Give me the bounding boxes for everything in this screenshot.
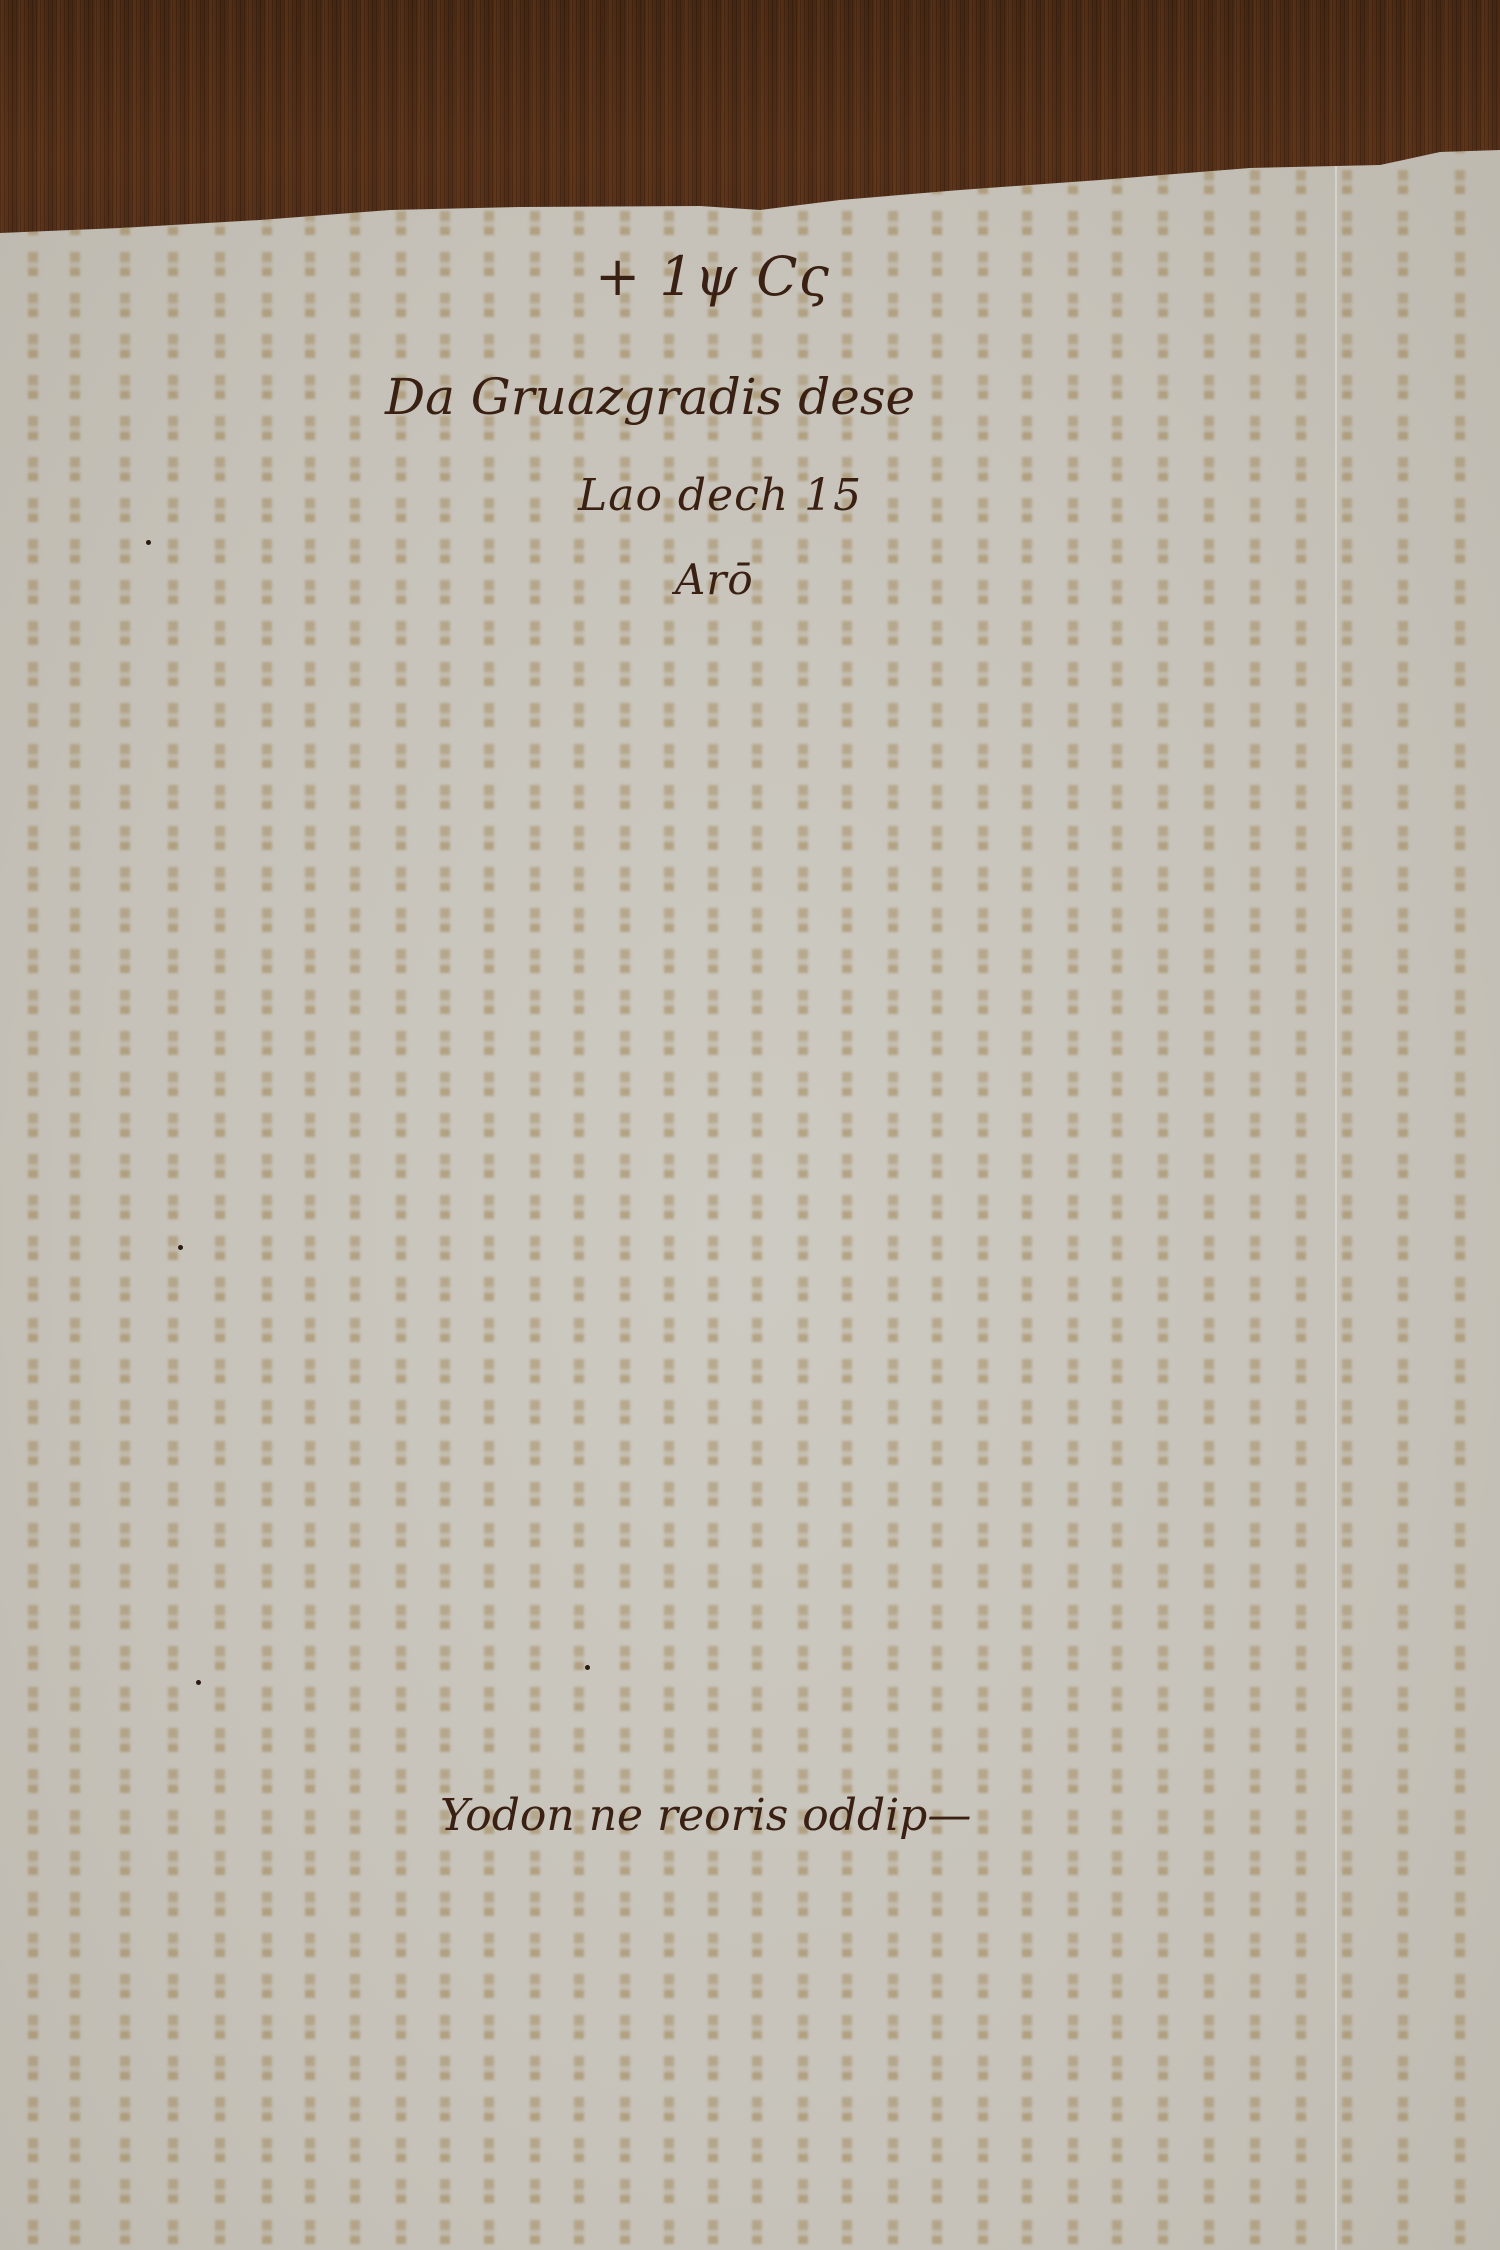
bleed-through-column	[484, 0, 494, 2250]
ink-speck	[585, 1665, 590, 1670]
bleed-through-column	[888, 0, 898, 2250]
bleed-through-column	[664, 0, 674, 2250]
manuscript-page: + 1ψ Cς Da Gruazgradis dese Lao dech 15 …	[0, 0, 1500, 2250]
bleed-through-column	[1342, 0, 1352, 2250]
bleed-through-column	[530, 0, 540, 2250]
bleed-through-column	[708, 0, 718, 2250]
ink-speck	[178, 1245, 183, 1250]
bleed-through-column	[574, 0, 584, 2250]
bleed-through-column	[1204, 0, 1214, 2250]
manuscript-date-line: Lao dech 15	[578, 470, 862, 521]
bleed-through-column	[1022, 0, 1032, 2250]
bleed-through-column	[1398, 0, 1408, 2250]
bleed-through-column	[1112, 0, 1122, 2250]
bleed-through-column	[350, 0, 360, 2250]
bleed-through-column	[620, 0, 630, 2250]
ink-speck	[146, 540, 151, 545]
bleed-through-column	[305, 0, 315, 2250]
bleed-through-column	[752, 0, 762, 2250]
bleed-through-column	[440, 0, 450, 2250]
bleed-through-column	[262, 0, 272, 2250]
bleed-through-column	[215, 0, 225, 2250]
manuscript-abbreviation: Arō	[675, 555, 754, 604]
bleed-through-column	[168, 0, 178, 2250]
bleed-through-column	[1455, 0, 1465, 2250]
bleed-through-column	[932, 0, 942, 2250]
bleed-through-column	[842, 0, 852, 2250]
manuscript-address-line: Da Gruazgradis dese	[385, 368, 915, 426]
bleed-through-column	[1296, 0, 1306, 2250]
manuscript-signature: Yodon ne reoris oddip—	[440, 1790, 971, 1841]
bleed-through-column	[396, 0, 406, 2250]
ink-speck	[196, 1680, 201, 1685]
bleed-through-column	[1158, 0, 1168, 2250]
manuscript-heading-mark: + 1ψ Cς	[595, 245, 830, 308]
bleed-through-column	[978, 0, 988, 2250]
bleed-through-column	[70, 0, 80, 2250]
bleed-through-column	[1068, 0, 1078, 2250]
bleed-through-column	[1250, 0, 1260, 2250]
bleed-through-column	[798, 0, 808, 2250]
paper-fold-line	[1335, 0, 1337, 2250]
bleed-through-column	[120, 0, 130, 2250]
bleed-through-column	[28, 0, 38, 2250]
